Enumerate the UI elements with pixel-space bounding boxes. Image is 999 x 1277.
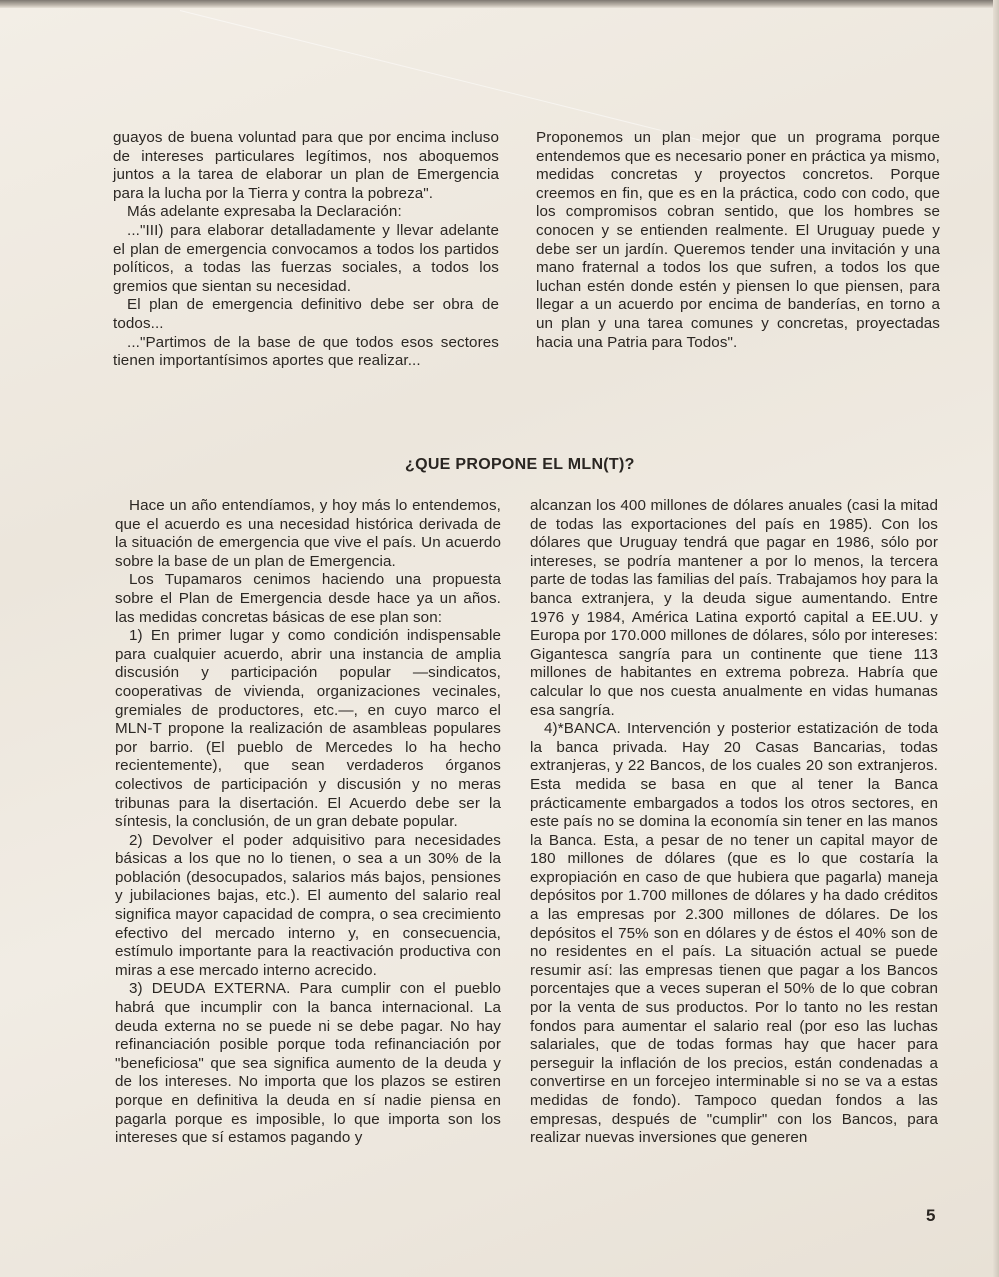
paragraph: 1) En primer lugar y como condición indi… — [115, 627, 501, 832]
section-heading: ¿QUE PROPONE EL MLN(T)? — [405, 456, 635, 474]
column-bottom-left: Hace un año entendíamos, y hoy más lo en… — [115, 497, 501, 1148]
paragraph: guayos de buena voluntad para que por en… — [113, 129, 499, 203]
paragraph: Los Tupamaros cenimos haciendo una propu… — [115, 571, 501, 627]
paragraph: alcanzan los 400 millones de dólares anu… — [530, 497, 938, 720]
column-top-left: guayos de buena voluntad para que por en… — [113, 129, 499, 371]
column-bottom-right: alcanzan los 400 millones de dólares anu… — [530, 497, 938, 1148]
paragraph: 2) Devolver el poder adquisitivo para ne… — [115, 832, 501, 981]
paragraph: 4)*BANCA. Intervención y posterior estat… — [530, 720, 938, 1148]
paragraph: Proponemos un plan mejor que un programa… — [536, 129, 940, 352]
scanned-page: guayos de buena voluntad para que por en… — [0, 0, 999, 1277]
paragraph: El plan de emergencia definitivo debe se… — [113, 296, 499, 333]
paragraph: ..."Partimos de la base de que todos eso… — [113, 334, 499, 371]
page-top-edge — [0, 0, 999, 8]
page-right-edge — [993, 0, 999, 1277]
paragraph: 3) DEUDA EXTERNA. Para cumplir con el pu… — [115, 980, 501, 1147]
paragraph: ..."III) para elaborar detalladamente y … — [113, 222, 499, 296]
page-number: 5 — [926, 1206, 935, 1226]
paragraph: Más adelante expresaba la Declaración: — [113, 203, 499, 222]
paragraph: Hace un año entendíamos, y hoy más lo en… — [115, 497, 501, 571]
column-top-right: Proponemos un plan mejor que un programa… — [536, 129, 940, 352]
